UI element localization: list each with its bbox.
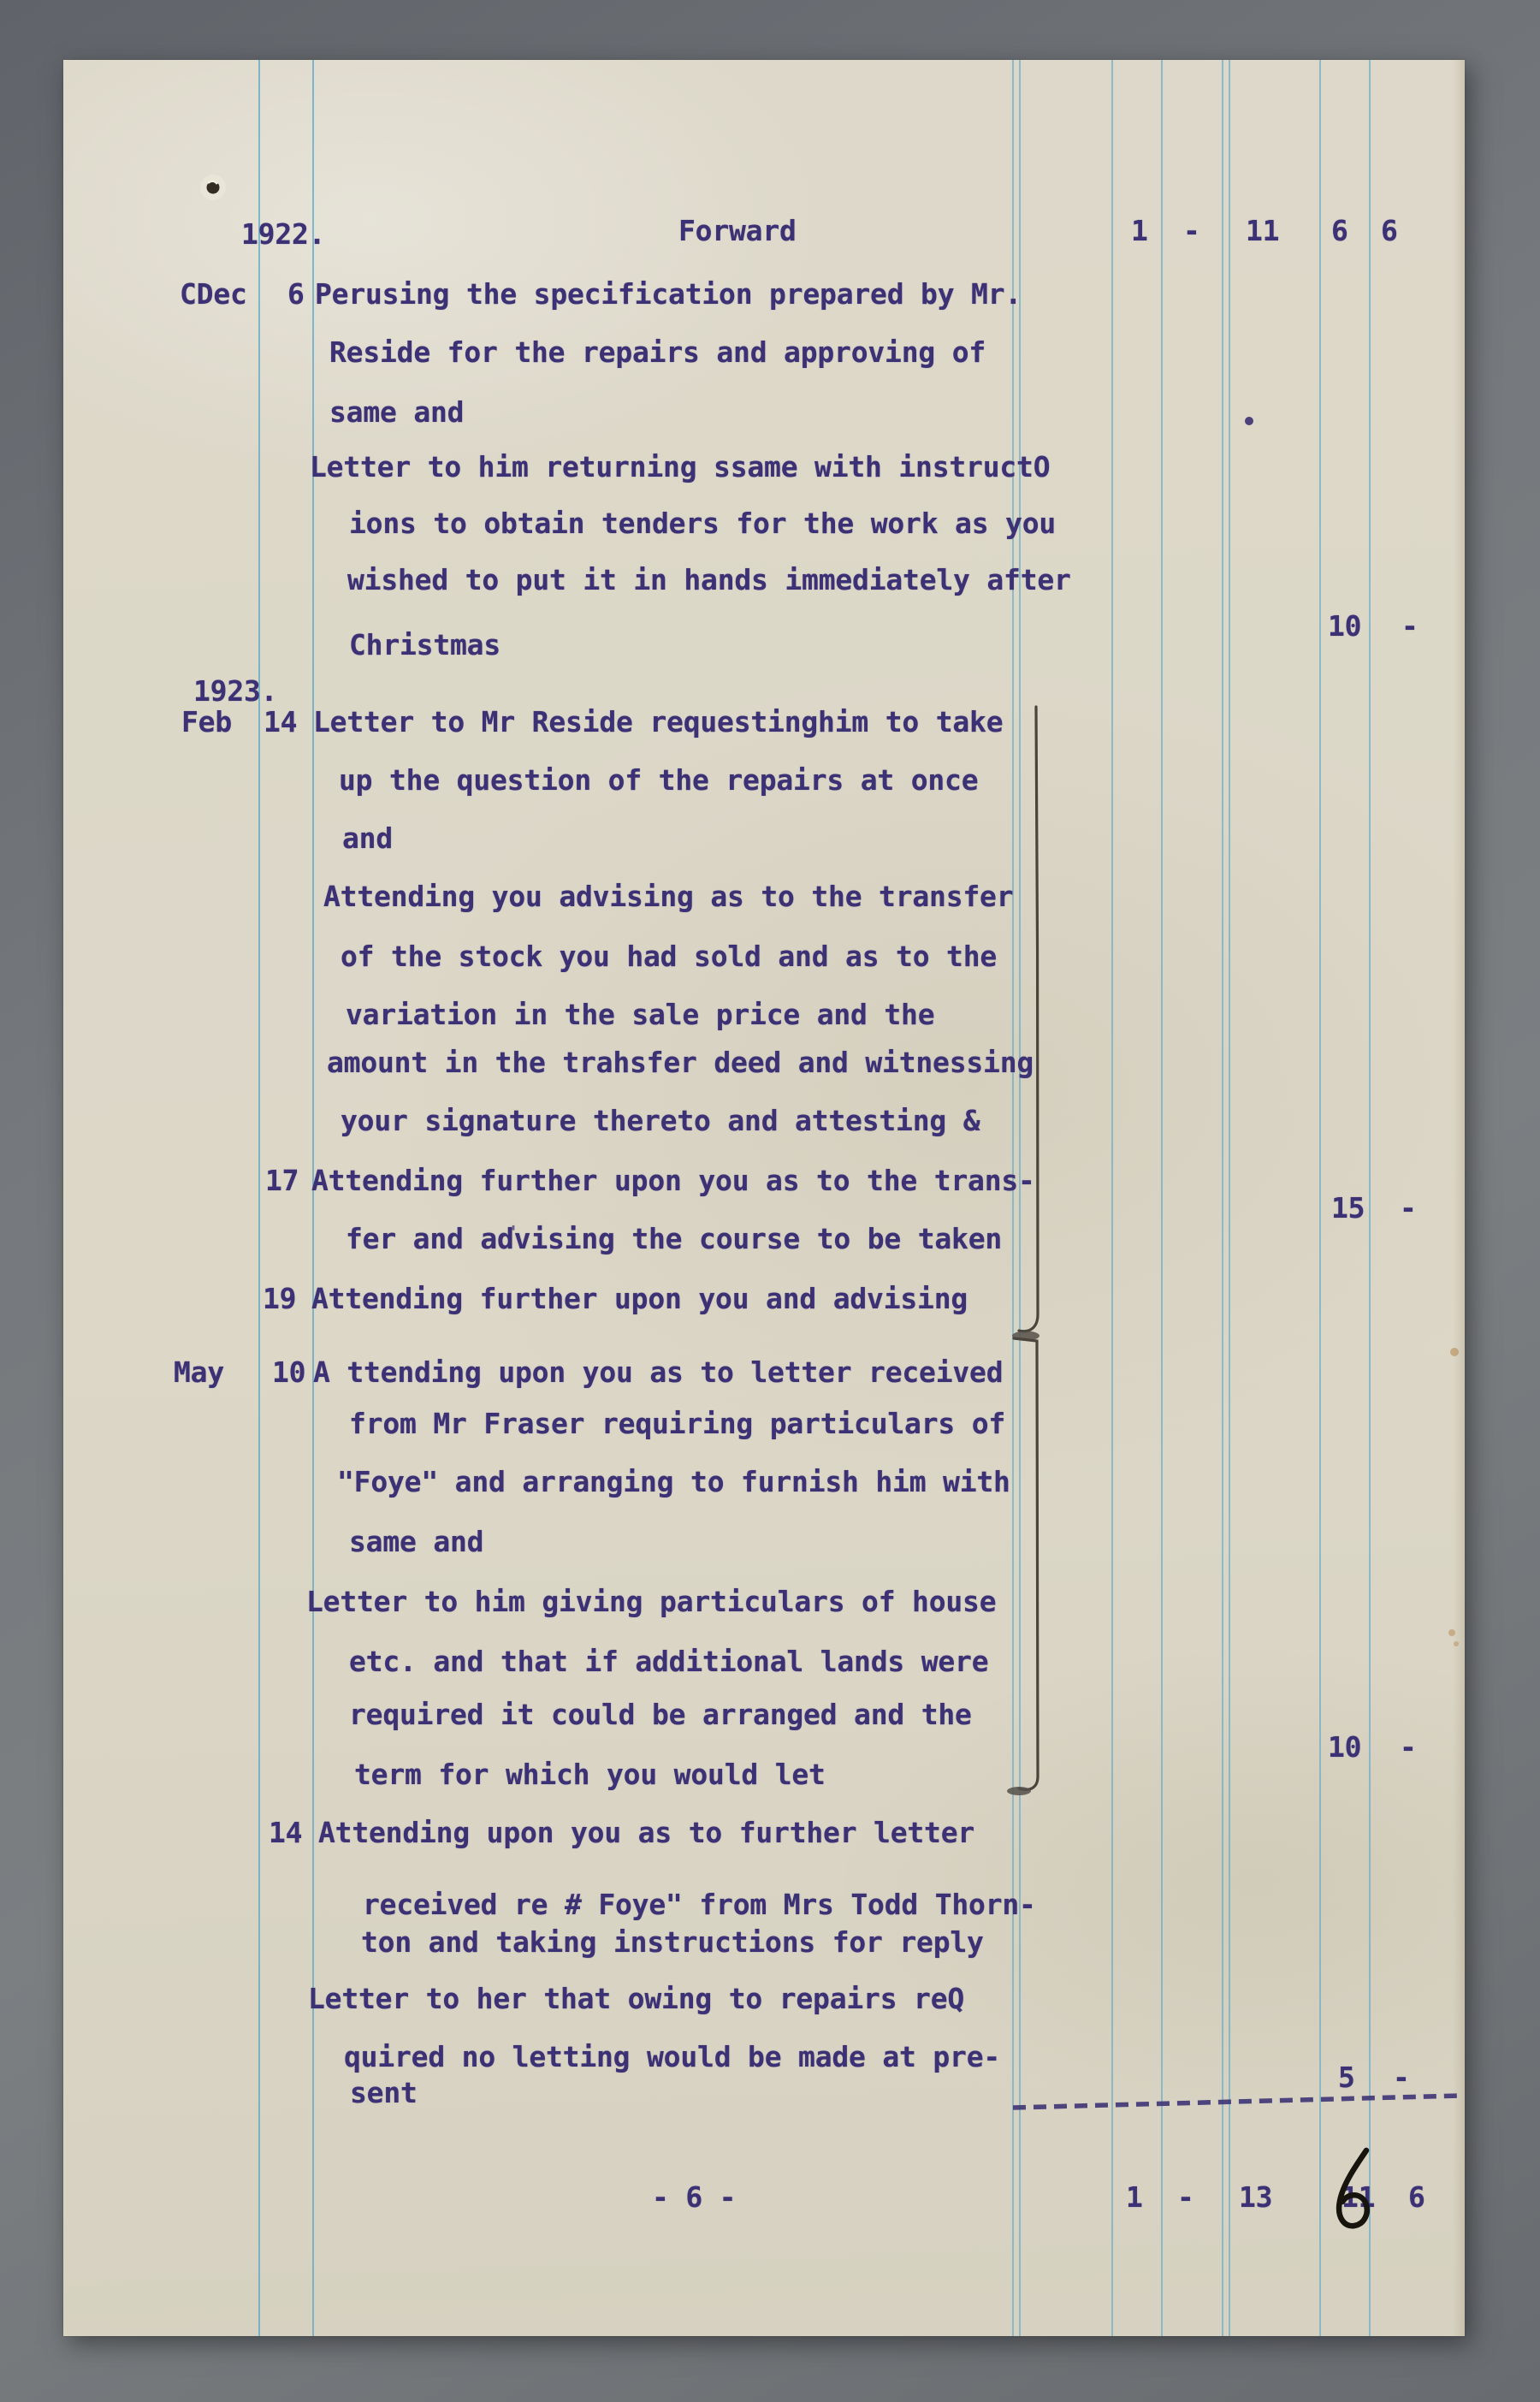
handwritten-six xyxy=(1339,2150,1367,2226)
dashed-total-rule xyxy=(1013,2096,1460,2108)
pencil-smudge-bottom xyxy=(1007,1787,1031,1795)
pencil-bracket-2 xyxy=(1014,1338,1038,1789)
foxing-spot xyxy=(1450,1348,1459,1356)
pencil-bracket-1 xyxy=(1019,707,1038,1331)
foxing-spot xyxy=(1454,1641,1459,1646)
marks-overlay xyxy=(0,0,1540,2402)
ink-dot xyxy=(1245,417,1253,425)
foxing-spot xyxy=(1448,1629,1455,1636)
photograph-background: 1922.Forward1-1166CDec6Perusing the spec… xyxy=(0,0,1540,2402)
